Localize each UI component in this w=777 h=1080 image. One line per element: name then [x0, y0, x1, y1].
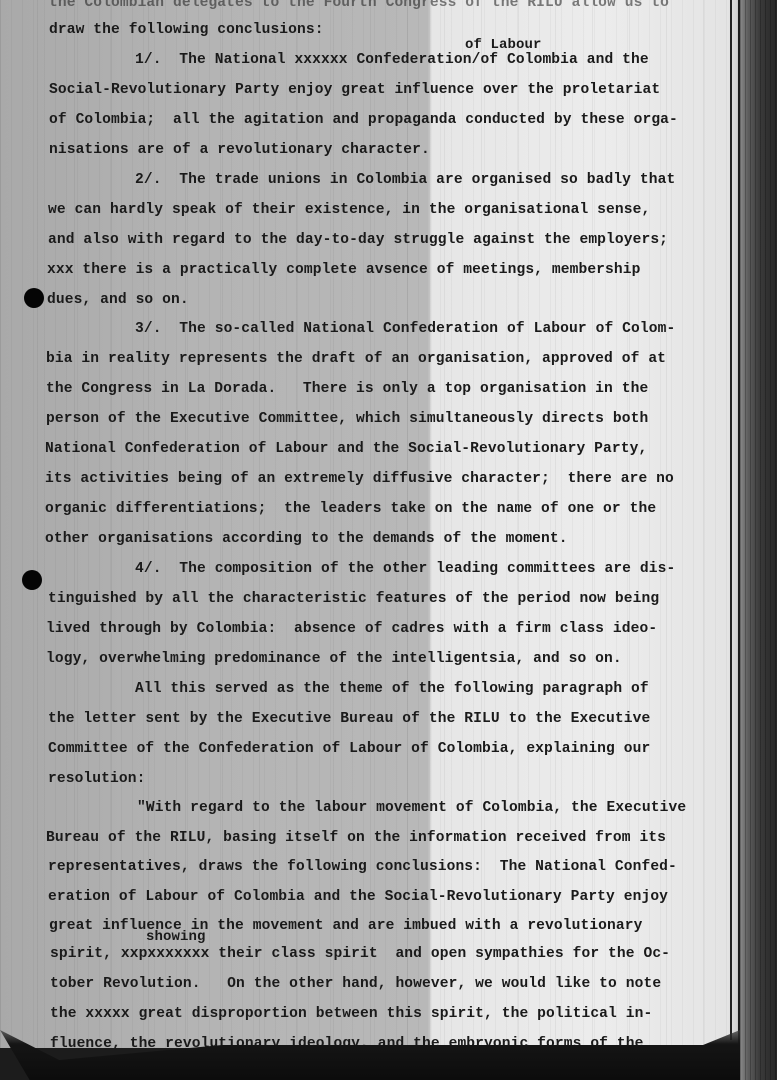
text-line: and also with regard to the day-to-day s…	[48, 231, 668, 249]
text-line: bia in reality represents the draft of a…	[46, 350, 666, 368]
paragraph-4-start: 4/. The composition of the other leading…	[135, 560, 675, 578]
text-line: lived through by Colombia: absence of ca…	[46, 620, 657, 638]
text-line-cut: the Colombian delegates to the Fourth Co…	[49, 0, 669, 12]
text-line: draw the following conclusions:	[49, 21, 324, 39]
paragraph-5-start: All this served as the theme of the foll…	[135, 680, 649, 698]
scanned-page: the Colombian delegates to the Fourth Co…	[0, 0, 738, 1048]
scan-edge-right	[740, 0, 777, 1080]
text-line: Social-Revolutionary Party enjoy great i…	[49, 81, 660, 99]
text-line: National Confederation of Labour and the…	[45, 440, 647, 458]
punch-hole-icon	[22, 570, 42, 590]
text-line: Bureau of the RILU, basing itself on the…	[46, 829, 666, 847]
text-line: Committee of the Confederation of Labour…	[48, 740, 650, 758]
text-line: dues, and so on.	[47, 291, 189, 309]
quotation-start: "With regard to the labour movement of C…	[137, 799, 686, 817]
text-line: xxx there is a practically complete avse…	[47, 261, 640, 279]
text-line: of Colombia; all the agitation and propa…	[49, 111, 678, 129]
text-line: we can hardly speak of their existence, …	[48, 201, 650, 219]
text-line: resolution:	[48, 770, 145, 788]
text-line: representatives, draws the following con…	[48, 858, 677, 876]
text-line: organic differentiations; the leaders ta…	[45, 500, 656, 518]
text-line: logy, overwhelming predominance of the i…	[46, 650, 622, 668]
interlinear-insert: showing	[146, 929, 206, 945]
text-line: the xxxxx great disproportion between th…	[50, 1005, 652, 1023]
text-line: tinguished by all the characteristic fea…	[48, 590, 659, 608]
text-line: the letter sent by the Executive Bureau …	[48, 710, 650, 728]
text-line: great influence in the movement and are …	[49, 917, 642, 935]
text-line: spirit, xxpxxxxxxx their class spirit an…	[50, 945, 670, 963]
margin-rule	[730, 0, 732, 1040]
text-line: eration of Labour of Colombia and the So…	[48, 888, 668, 906]
text-line: nisations are of a revolutionary charact…	[49, 141, 430, 159]
paragraph-2-start: 2/. The trade unions in Colombia are org…	[135, 171, 675, 189]
paragraph-3-start: 3/. The so-called National Confederation…	[135, 320, 675, 338]
punch-hole-icon	[24, 288, 44, 308]
text-line: the Congress in La Dorada. There is only…	[46, 380, 648, 398]
text-line: its activities being of an extremely dif…	[45, 470, 674, 488]
text-line: other organisations according to the dem…	[45, 530, 568, 548]
paragraph-1-start: 1/. The National xxxxxx Confederation/of…	[135, 51, 649, 69]
text-line: tober Revolution. On the other hand, how…	[50, 975, 661, 993]
text-line: person of the Executive Committee, which…	[46, 410, 648, 428]
